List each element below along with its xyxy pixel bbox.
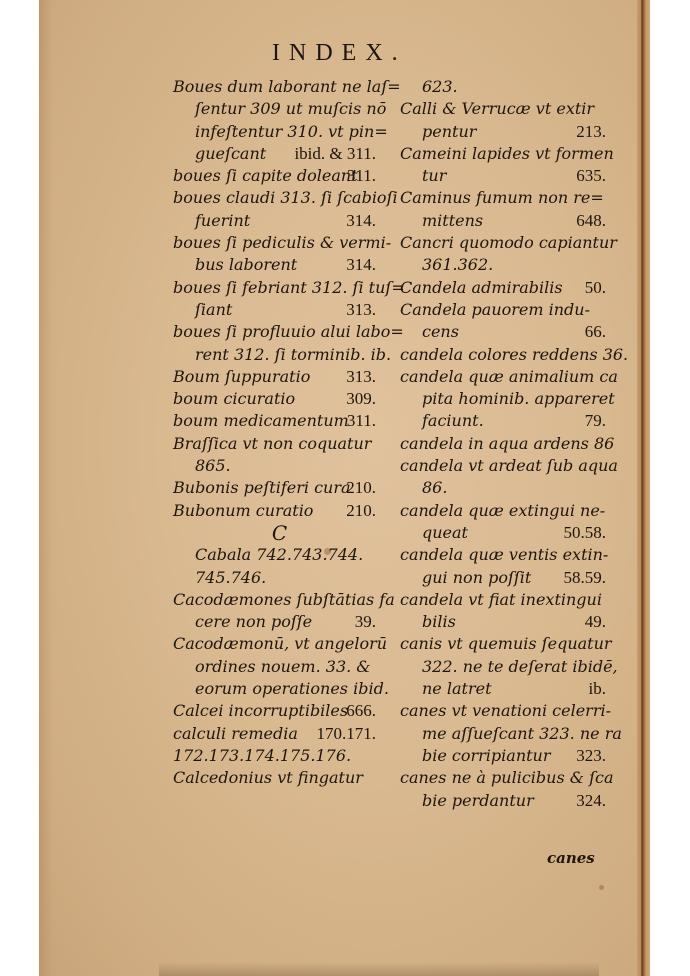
page-reference: 313. [346, 299, 376, 321]
entry-text: me aſſueſcant 323. ne ra [422, 723, 622, 745]
index-entry-line: bilis49. [400, 611, 606, 633]
page-reference: 39. [355, 611, 376, 633]
index-entry-line: cens66. [400, 321, 606, 343]
index-entry-line: gueſcantibid. & 311. [173, 143, 376, 165]
page-reference: 66. [585, 321, 606, 343]
index-entry-line: boues ſi pediculis & vermi- [173, 232, 376, 254]
index-entry-line: candela in aqua ardens 86 [400, 433, 606, 455]
index-entry-line: rent 312. ſi torminib. ib. [173, 344, 376, 366]
page-reference: 314. [346, 254, 376, 276]
entry-text: tur [422, 165, 446, 187]
page-reference: 213. [576, 121, 606, 143]
entry-text: Cameini lapides vt formen [400, 143, 614, 165]
page-reference: 170.171. [317, 723, 377, 745]
index-entry-line: gui non poſſit58.59. [400, 567, 606, 589]
entry-text: 86. [422, 477, 447, 499]
entry-text: C [262, 522, 287, 544]
entry-text: boum cicuratio [173, 388, 295, 410]
index-entry-line: Cancri quomodo capiantur [400, 232, 606, 254]
page-reference: 58.59. [564, 567, 607, 589]
entry-text: cere non poſſe [195, 611, 312, 633]
entry-text: gueſcant [195, 143, 266, 165]
entry-text: boues ſi pediculis & vermi- [173, 232, 391, 254]
index-entry-line: candela colores reddens 36. [400, 344, 606, 366]
index-entry-line: pita hominib. appareret [400, 388, 606, 410]
entry-text: Boum ſuppuratio [173, 366, 310, 388]
index-entry-line: bus laborent314. [173, 254, 376, 276]
entry-text: Braſſica vt non coquatur [173, 433, 371, 455]
entry-text: candela vt ardeat ſub aqua [400, 455, 618, 477]
page-reference: 309. [346, 388, 376, 410]
index-entry-line: cere non poſſe39. [173, 611, 376, 633]
page-reference: 648. [576, 210, 606, 232]
entry-text: 172.173.174.175.176. [173, 745, 351, 767]
page-reference: 210. [346, 477, 376, 499]
entry-text: Cabala 742.743.744. [195, 544, 363, 566]
index-entry-line: Calcei incorruptibiles666. [173, 700, 376, 722]
index-entry-line: bie corripiantur323. [400, 745, 606, 767]
index-entry-line: Bubonis peſtiferi cura210. [173, 477, 376, 499]
entry-text: canis vt quemuis ſequatur [400, 633, 612, 655]
entry-text: Calcedonius vt fingatur [173, 767, 363, 789]
index-entry-line: ſiant313. [173, 299, 376, 321]
index-entry-line: canes ne à pulicibus & ſca [400, 767, 606, 789]
page-reference: 49. [585, 611, 606, 633]
index-entry-line: boues ſi profluuio alui labo= [173, 321, 376, 343]
index-entry-line: canis vt quemuis ſequatur [400, 633, 606, 655]
entry-text: bie corripiantur [422, 745, 551, 767]
entry-text: 865. [195, 455, 231, 477]
index-entry-line: Boum ſuppuratio313. [173, 366, 376, 388]
index-entry-line: 623. [400, 76, 606, 98]
entry-text: Cacodæmonū, vt angelorū [173, 633, 387, 655]
index-entry-line: Boues dum laborant ne laſ= [173, 76, 376, 98]
entry-text: bilis [422, 611, 456, 633]
index-entry-line: 865. [173, 455, 376, 477]
index-entry-line: 361.362. [400, 254, 606, 276]
entry-text: Candela admirabilis [400, 277, 563, 299]
index-entry-line: boues claudi 313. ſi ſcabioſi [173, 187, 376, 209]
index-entry-line: Candela pauorem indu- [400, 299, 606, 321]
entry-text: Candela pauorem indu- [400, 299, 590, 321]
page-reference: ib. [589, 678, 606, 700]
index-entry-line: Caminus fumum non re= [400, 187, 606, 209]
entry-text: candela quæ animalium ca [400, 366, 618, 388]
index-entry-line: boum medicamentum311. [173, 410, 376, 432]
page-reference: 50. [585, 277, 606, 299]
entry-text: candela in aqua ardens 86 [400, 433, 614, 455]
entry-text: 322. ne te deſerat ibidē, [422, 656, 618, 678]
page-reference: 210. [346, 500, 376, 522]
index-entry-line: boum cicuratio309. [173, 388, 376, 410]
entry-text: mittens [422, 210, 483, 232]
entry-text: candela quæ ventis extin- [400, 544, 608, 566]
index-entry-line: canes vt venationi celerri- [400, 700, 606, 722]
index-entry-line: pentur213. [400, 121, 606, 143]
index-entry-line: candela quæ ventis extin- [400, 544, 606, 566]
ink-stain [599, 885, 604, 890]
index-column-left: Boues dum laborant ne laſ=ſentur 309 ut … [173, 76, 376, 790]
section-letter: C [173, 522, 376, 544]
page-reference: 313. [346, 366, 376, 388]
entry-text: eorum operationes ibid. [195, 678, 389, 700]
entry-text: cens [422, 321, 459, 343]
entry-text: ordines nouem. 33. & [195, 656, 371, 678]
entry-text: candela quæ extingui ne- [400, 500, 605, 522]
page-header: INDEX. [272, 40, 492, 70]
index-entry-line: candela vt ardeat ſub aqua [400, 455, 606, 477]
index-entry-line: faciunt.79. [400, 410, 606, 432]
page-reference: 314. [346, 210, 376, 232]
entry-text: 361.362. [422, 254, 493, 276]
index-entry-line: tur635. [400, 165, 606, 187]
index-entry-line: 322. ne te deſerat ibidē, [400, 656, 606, 678]
entry-text: candela colores reddens 36. [400, 344, 628, 366]
index-entry-line: Cacodæmones ſubſtātias fa [173, 589, 376, 611]
entry-text: Bubonum curatio [173, 500, 313, 522]
entry-text: canes vt venationi celerri- [400, 700, 611, 722]
index-entry-line: candela quæ extingui ne- [400, 500, 606, 522]
entry-text: calculi remedia [173, 723, 298, 745]
entry-text: boues claudi 313. ſi ſcabioſi [173, 187, 398, 209]
page-shadow [159, 962, 599, 976]
entry-text: 745.746. [195, 567, 266, 589]
index-entry-line: ne latretib. [400, 678, 606, 700]
index-entry-line: Calcedonius vt fingatur [173, 767, 376, 789]
index-entry-line: bie perdantur324. [400, 790, 606, 812]
index-entry-line: Braſſica vt non coquatur [173, 433, 376, 455]
index-entry-line: Cameini lapides vt formen [400, 143, 606, 165]
entry-text: boues ſi capite doleant [173, 165, 358, 187]
index-entry-line: ſentur 309 ut muſcis nō [173, 98, 376, 120]
page-reference: ibid. & 311. [294, 143, 376, 165]
entry-text: Cancri quomodo capiantur [400, 232, 617, 254]
entry-text: infeſtentur 310. vt pin= [195, 121, 388, 143]
entry-text: bus laborent [195, 254, 297, 276]
entry-text: boum medicamentum [173, 410, 349, 432]
entry-text: pita hominib. appareret [422, 388, 615, 410]
index-entry-line: 172.173.174.175.176. [173, 745, 376, 767]
entry-text: gui non poſſit [422, 567, 531, 589]
entry-text: Boues dum laborant ne laſ= [173, 76, 401, 98]
index-entry-line: Calli & Verrucæ vt extir [400, 98, 606, 120]
entry-text: bie perdantur [422, 790, 534, 812]
entry-text: fuerint [195, 210, 250, 232]
entry-text: canes ne à pulicibus & ſca [400, 767, 614, 789]
entry-text: 623. [422, 76, 458, 98]
page-reference: 50.58. [564, 522, 607, 544]
index-entry-line: boues ſi capite doleant311. [173, 165, 376, 187]
index-entry-line: infeſtentur 310. vt pin= [173, 121, 376, 143]
entry-text: Caminus fumum non re= [400, 187, 604, 209]
entry-text: ſiant [195, 299, 232, 321]
index-entry-line: Candela admirabilis50. [400, 277, 606, 299]
index-entry-line: fuerint314. [173, 210, 376, 232]
index-entry-line: candela quæ animalium ca [400, 366, 606, 388]
page-reference: 311. [347, 165, 376, 187]
index-entry-line: ordines nouem. 33. & [173, 656, 376, 678]
index-column-right: 623.Calli & Verrucæ vt extirpentur213.Ca… [400, 76, 606, 812]
index-entry-line: me aſſueſcant 323. ne ra [400, 723, 606, 745]
page-reference: 323. [576, 745, 606, 767]
entry-text: Calcei incorruptibiles [173, 700, 348, 722]
index-entry-line: queat50.58. [400, 522, 606, 544]
entry-text: queat [422, 522, 468, 544]
page-edge [637, 0, 650, 976]
entry-text: boues ſi febriant 312. ſi tuſ= [173, 277, 405, 299]
page-reference: 666. [346, 700, 376, 722]
entry-text: Calli & Verrucæ vt extir [400, 98, 594, 120]
index-entry-line: boues ſi febriant 312. ſi tuſ= [173, 277, 376, 299]
index-entry-line: mittens648. [400, 210, 606, 232]
entry-text: pentur [422, 121, 476, 143]
index-entry-line: eorum operationes ibid. [173, 678, 376, 700]
index-entry-line: calculi remedia170.171. [173, 723, 376, 745]
entry-text: Bubonis peſtiferi cura [173, 477, 351, 499]
page-reference: 324. [576, 790, 606, 812]
index-entry-line: 745.746. [173, 567, 376, 589]
entry-text: rent 312. ſi torminib. ib. [195, 344, 391, 366]
entry-text: ſentur 309 ut muſcis nō [195, 98, 386, 120]
index-entry-line: Bubonum curatio210. [173, 500, 376, 522]
entry-text: candela vt fiat inextingui [400, 589, 602, 611]
index-entry-line: Cabala 742.743.744. [173, 544, 376, 566]
catchword: canes [547, 849, 595, 867]
entry-text: ne latret [422, 678, 492, 700]
entry-text: Cacodæmones ſubſtātias fa [173, 589, 395, 611]
page-reference: 79. [585, 410, 606, 432]
page-reference: 635. [576, 165, 606, 187]
index-entry-line: Cacodæmonū, vt angelorū [173, 633, 376, 655]
entry-text: boues ſi profluuio alui labo= [173, 321, 404, 343]
index-entry-line: candela vt fiat inextingui [400, 589, 606, 611]
index-entry-line: 86. [400, 477, 606, 499]
page-reference: 311. [347, 410, 376, 432]
entry-text: faciunt. [422, 410, 484, 432]
